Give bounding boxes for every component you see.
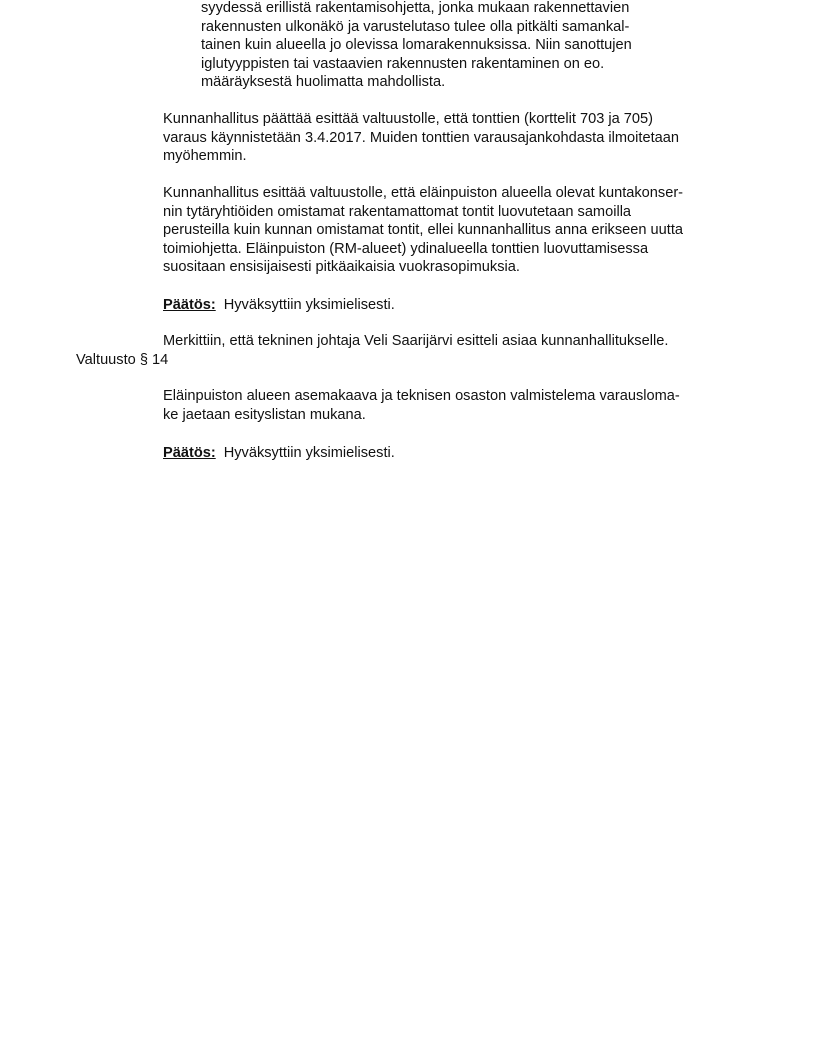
decision-label: Päätös: <box>163 445 216 461</box>
presenter-note: Merkittiin, että tekninen johtaja Veli S… <box>163 332 668 351</box>
text-line: perusteilla kuin kunnan omistamat tontit… <box>163 221 683 240</box>
text-line: varaus käynnistetään 3.4.2017. Muiden to… <box>163 129 679 148</box>
text-line: myöhemmin. <box>163 147 247 166</box>
text-line: Kunnanhallitus päättää esittää valtuusto… <box>163 110 653 129</box>
section-heading: Valtuusto § 14 <box>76 351 168 370</box>
text-line: tainen kuin alueella jo olevissa lomarak… <box>201 36 632 55</box>
text-line: toimiohjetta. Eläinpuiston (RM-alueet) y… <box>163 240 648 259</box>
decision-text: Hyväksyttiin yksimielisesti. <box>224 445 395 461</box>
text-line: syydessä erillistä rakentamisohjetta, jo… <box>201 0 629 18</box>
text-line: rakennusten ulkonäkö ja varustelutaso tu… <box>201 18 629 37</box>
decision-2: Päätös:Hyväksyttiin yksimielisesti. <box>163 444 395 463</box>
text-line: iglutyyppisten tai vastaavien rakennuste… <box>201 55 604 74</box>
text-line: Kunnanhallitus esittää valtuustolle, ett… <box>163 184 683 203</box>
text-line: nin tytäryhtiöiden omistamat rakentamatt… <box>163 203 631 222</box>
text-line: Eläinpuiston alueen asemakaava ja teknis… <box>163 387 680 406</box>
text-line: ke jaetaan esityslistan mukana. <box>163 406 366 425</box>
text-line: suositaan ensisijaisesti pitkäaikaisia v… <box>163 258 520 277</box>
text-line: määräyksestä huolimatta mahdollista. <box>201 73 445 92</box>
decision-text: Hyväksyttiin yksimielisesti. <box>224 297 395 313</box>
decision-label: Päätös: <box>163 297 216 313</box>
decision-1: Päätös:Hyväksyttiin yksimielisesti. <box>163 296 395 315</box>
